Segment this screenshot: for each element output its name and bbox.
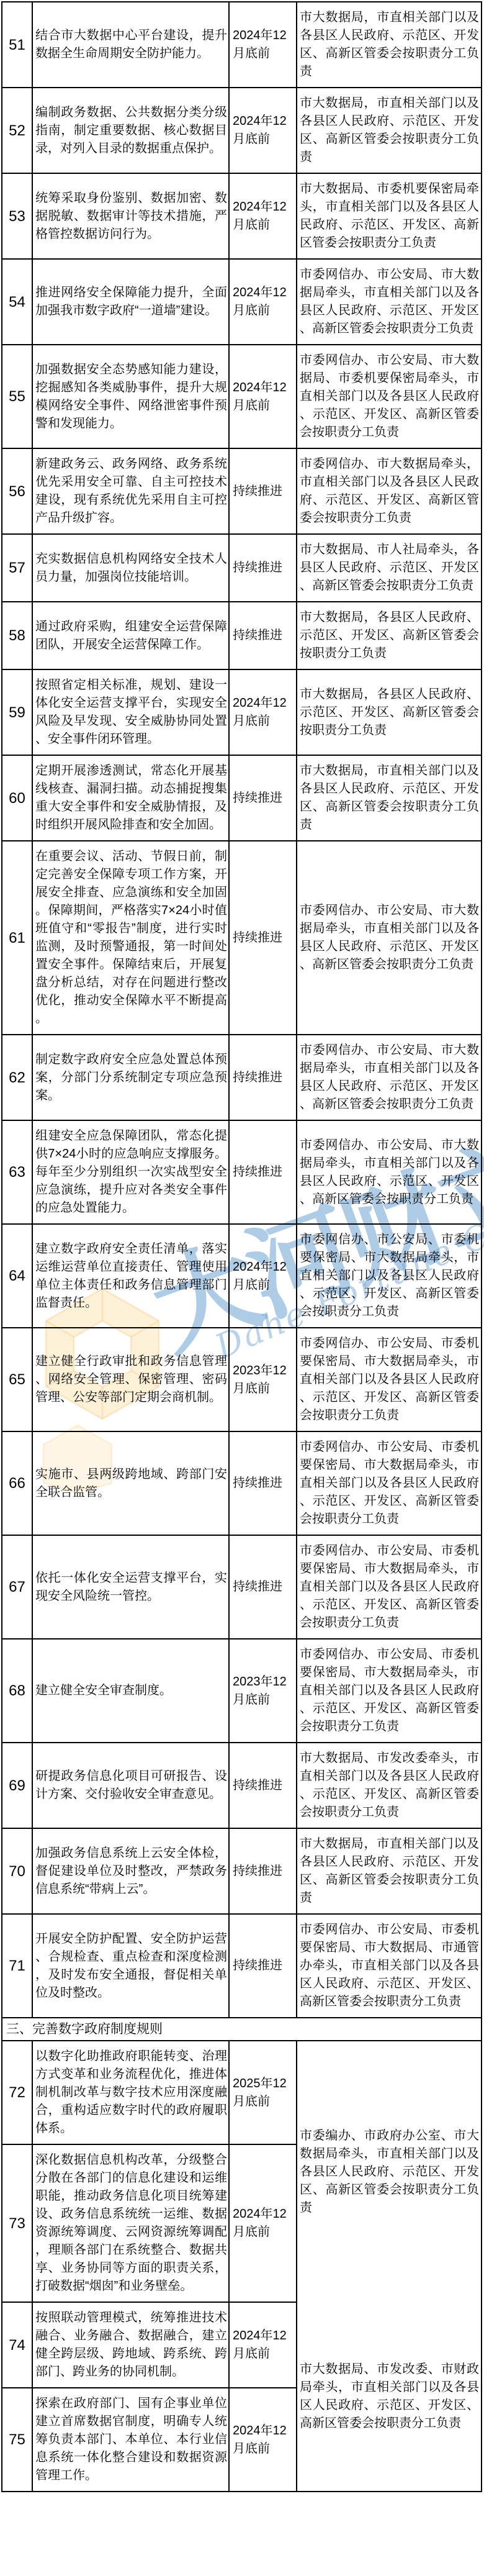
row-number-cell: 69 — [2, 1743, 32, 1828]
deadline-cell: 2025年12月底前 — [229, 2041, 297, 2144]
deadline-cell: 2024年12月底前 — [229, 88, 297, 173]
row-number-cell: 56 — [2, 448, 32, 534]
table-row: 59按照省定相关标准，规划、建设一体化安全运营支撑平台，实现安全风险及早发现、安… — [2, 669, 482, 755]
deadline-cell: 持续推进 — [229, 755, 297, 841]
responsibility-cell: 市委网信办、市公安局、市委机要保密局、市大数据局牵头，市直相关部门以及各县区人民… — [297, 1224, 482, 1328]
deadline-cell: 持续推进 — [229, 448, 297, 534]
table-row: 56新建政务云、政务网络、政务系统优先采用安全可靠、自主可控技术建设，现有系统优… — [2, 448, 482, 534]
task-cell: 实施市、县两级跨地域、跨部门安全联合监管。 — [32, 1431, 229, 1535]
responsibility-cell: 市委网信办、市公安局、市大数据局牵头，市直相关部门以及各县区人民政府、示范区、开… — [297, 1035, 482, 1120]
table-row: 58通过政府采购，组建安全运营保障团队，开展安全运营保障工作。持续推进市大数据局… — [2, 602, 482, 669]
row-number-cell: 70 — [2, 1828, 32, 1914]
row-number-cell: 71 — [2, 1914, 32, 2018]
table-row: 72以数字化助推政府职能转变、治理方式变革和业务流程优化，推进体制机制改革与数字… — [2, 2041, 482, 2144]
deadline-cell: 持续推进 — [229, 1431, 297, 1535]
row-number-cell: 58 — [2, 602, 32, 669]
responsibility-cell: 市大数据局，市直相关部门以及各县区人民政府、示范区、开发区、高新区管委会按职责分… — [297, 1828, 482, 1914]
row-number-cell: 52 — [2, 88, 32, 173]
table-row: 64建立数字政府安全责任清单，落实运维运营单位直接责任、管理使用单位主体责任和政… — [2, 1224, 482, 1328]
table-row: 65建立健全行政审批和政务信息管理、网络安全管理、保密管理、密码管理、公安等部门… — [2, 1328, 482, 1431]
task-cell: 在重要会议、活动、节假日前，制定完善安全保障专项工作方案，开展安全排查、应急演练… — [32, 841, 229, 1035]
row-number-cell: 72 — [2, 2041, 32, 2144]
responsibility-cell: 市委网信办、市公安局、市大数据局牵头，市直相关部门以及各县区人民政府、示范区、开… — [297, 1120, 482, 1224]
row-number-cell: 61 — [2, 841, 32, 1035]
task-cell: 定期开展渗透测试，常态化开展基线核查、漏洞扫描。动态捕捉搜集重大安全事件和安全威… — [32, 755, 229, 841]
deadline-cell: 2024年12月底前 — [229, 259, 297, 345]
responsibility-cell: 市委网信办、市公安局、市委机要保密局、市大数据局、市通管办牵头，市直相关部门以及… — [297, 1914, 482, 2018]
task-cell: 新建政务云、政务网络、政务系统优先采用安全可靠、自主可控技术建设，现有系统优先采… — [32, 448, 229, 534]
table-row: 53统筹采取身份鉴别、数据加密、数据脱敏、数据审计等技术措施，严格管控数据访问行… — [2, 173, 482, 259]
document-page: 51结合市大数据中心平台建设，提升数据全生命周期安全防护能力。2024年12月底… — [0, 0, 484, 2576]
deadline-cell: 2024年12月底前 — [229, 2144, 297, 2302]
responsibility-cell: 市委网信办、市公安局、市大数据局牵头，市直相关部门以及各县区人民政府、示范区、开… — [297, 259, 482, 345]
deadline-cell: 持续推进 — [229, 1120, 297, 1224]
table-row: 51结合市大数据中心平台建设，提升数据全生命周期安全防护能力。2024年12月底… — [2, 2, 482, 88]
responsibility-cell: 市大数据局，各县区人民政府、示范区、开发区、高新区管委会按职责分工负责 — [297, 602, 482, 669]
task-cell: 加强政务信息系统上云安全体检，督促建设单位及时整改，严禁政务信息系统“带病上云”… — [32, 1828, 229, 1914]
deadline-cell: 持续推进 — [229, 841, 297, 1035]
deadline-cell: 持续推进 — [229, 1914, 297, 2018]
table-row: 62制定数字政府安全应急处置总体预案，分部门分系统制定专项应急预案。持续推进市委… — [2, 1035, 482, 1120]
deadline-cell: 持续推进 — [229, 1828, 297, 1914]
responsibility-cell: 市委网信办、市公安局、市委机要保密局、市大数据局牵头，市直相关部门以及各县区人民… — [297, 1328, 482, 1431]
deadline-cell: 2024年12月底前 — [229, 2302, 297, 2388]
table-row: 52编制政务数据、公共数据分类分级指南，制定重要数据、核心数据目录，对列入目录的… — [2, 88, 482, 173]
deadline-cell: 持续推进 — [229, 1535, 297, 1639]
row-number-cell: 73 — [2, 2144, 32, 2302]
responsibility-cell: 市大数据局，市直相关部门以及各县区人民政府、示范区、开发区、高新区管委会按职责分… — [297, 755, 482, 841]
responsibility-cell: 市大数据局，市直相关部门以及各县区人民政府、示范区、开发区、高新区管委会按职责分… — [297, 88, 482, 173]
responsibility-cell: 市委网信办、市公安局、市委机要保密局、市大数据局牵头，市直相关部门以及各县区人民… — [297, 1639, 482, 1743]
task-cell: 以数字化助推政府职能转变、治理方式变革和业务流程优化，推进体制机制改革与数字技术… — [32, 2041, 229, 2144]
task-cell: 结合市大数据中心平台建设，提升数据全生命周期安全防护能力。 — [32, 2, 229, 88]
table-row: 55加强数据安全态势感知能力建设，挖掘感知各类威胁事件，提升大规模网络安全事件、… — [2, 345, 482, 448]
responsibility-cell: 市大数据局、市发改委牵头，市直相关部门以及各县区人民政府、示范区、开发区、高新区… — [297, 1743, 482, 1828]
task-cell: 充实数据信息机构网络安全技术人员力量，加强岗位技能培训。 — [32, 534, 229, 602]
row-number-cell: 62 — [2, 1035, 32, 1120]
deadline-cell: 2024年12月底前 — [229, 2388, 297, 2492]
row-number-cell: 75 — [2, 2388, 32, 2492]
responsibility-cell: 市委网信办、市公安局、市大数据局牵头，市直相关部门以及各县区人民政府、示范区、开… — [297, 841, 482, 1035]
responsibility-cell: 市委网信办、市大数据局牵头，市直相关部门以及各县区人民政府、示范区、开发区、高新… — [297, 448, 482, 534]
section-title: 三、完善数字政府制度规则 — [2, 2018, 482, 2041]
deadline-cell: 2024年12月底前 — [229, 173, 297, 259]
table-row: 60定期开展渗透测试，常态化开展基线核查、漏洞扫描。动态捕捉搜集重大安全事件和安… — [2, 755, 482, 841]
row-number-cell: 59 — [2, 669, 32, 755]
responsibility-cell: 市大数据局，各县区人民政府、示范区、开发区、高新区管委会按职责分工负责 — [297, 669, 482, 755]
row-number-cell: 57 — [2, 534, 32, 602]
table-row: 61在重要会议、活动、节假日前，制定完善安全保障专项工作方案，开展安全排查、应急… — [2, 841, 482, 1035]
responsibility-cell: 市大数据局，市直相关部门以及各县区人民政府、示范区、开发区、高新区管委会按职责分… — [297, 2, 482, 88]
task-cell: 按照省定相关标准，规划、建设一体化安全运营支撑平台，实现安全风险及早发现、安全威… — [32, 669, 229, 755]
section-row: 三、完善数字政府制度规则 — [2, 2018, 482, 2041]
deadline-cell: 2023年12月底前 — [229, 1328, 297, 1431]
row-number-cell: 53 — [2, 173, 32, 259]
deadline-cell: 2024年12月底前 — [229, 669, 297, 755]
deadline-cell: 2023年12月底前 — [229, 1639, 297, 1743]
task-cell: 建立数字政府安全责任清单，落实运维运营单位直接责任、管理使用单位主体责任和政务信… — [32, 1224, 229, 1328]
row-number-cell: 65 — [2, 1328, 32, 1431]
task-cell: 统筹采取身份鉴别、数据加密、数据脱敏、数据审计等技术措施，严格管控数据访问行为。 — [32, 173, 229, 259]
responsibility-cell: 市委网信办、市公安局、市大数据局、市委机要保密局牵头，市直相关部门以及各县区人民… — [297, 345, 482, 448]
task-cell: 依托一体化安全运营支撑平台，实现安全风险统一管控。 — [32, 1535, 229, 1639]
task-cell: 通过政府采购，组建安全运营保障团队，开展安全运营保障工作。 — [32, 602, 229, 669]
row-number-cell: 60 — [2, 755, 32, 841]
task-cell: 组建安全应急保障团队，常态化提供7×24小时的应急响应支撑服务。每年至少分别组织… — [32, 1120, 229, 1224]
table-row: 63组建安全应急保障团队，常态化提供7×24小时的应急响应支撑服务。每年至少分别… — [2, 1120, 482, 1224]
responsibility-cell: 市大数据局、市委机要保密局牵头，市直相关部门以及各县区人民政府、示范区、开发区、… — [297, 173, 482, 259]
action-plan-table: 51结合市大数据中心平台建设，提升数据全生命周期安全防护能力。2024年12月底… — [1, 1, 482, 2492]
row-number-cell: 55 — [2, 345, 32, 448]
task-cell: 深化数据信息机构改革，分级整合分散在各部门的信息化建设和运维职能，推动政务信息化… — [32, 2144, 229, 2302]
deadline-cell: 持续推进 — [229, 1035, 297, 1120]
table-row: 57充实数据信息机构网络安全技术人员力量，加强岗位技能培训。持续推进市大数据局、… — [2, 534, 482, 602]
table-row: 70加强政务信息系统上云安全体检，督促建设单位及时整改，严禁政务信息系统“带病上… — [2, 1828, 482, 1914]
table-row: 66实施市、县两级跨地域、跨部门安全联合监管。持续推进市委网信办、市公安局、市委… — [2, 1431, 482, 1535]
responsibility-cell: 市委网信办、市公安局、市委机要保密局、市大数据局牵头，市直相关部门以及各县区人民… — [297, 1431, 482, 1535]
row-number-cell: 74 — [2, 2302, 32, 2388]
table-row: 69研提政务信息化项目可研报告、设计方案、交付验收安全审查意见。持续推进市大数据… — [2, 1743, 482, 1828]
row-number-cell: 63 — [2, 1120, 32, 1224]
deadline-cell: 持续推进 — [229, 534, 297, 602]
task-cell: 探索在政府部门、国有企事业单位建立首席数据官制度，明确专人统筹负责本部门、本单位… — [32, 2388, 229, 2492]
table-row: 54推进网络安全保障能力提升，全面加强我市数字政府“一道墙”建设。2024年12… — [2, 259, 482, 345]
responsibility-cell: 市大数据局、市发改委、市财政局牵头，市直相关部门以及各县区人民政府、示范区、开发… — [297, 2302, 482, 2492]
task-cell: 编制政务数据、公共数据分类分级指南，制定重要数据、核心数据目录，对列入目录的数据… — [32, 88, 229, 173]
task-cell: 开展安全防护配置、安全防护运营、合规检查、重点检查和深度检测，及时发布安全通报，… — [32, 1914, 229, 2018]
task-cell: 推进网络安全保障能力提升，全面加强我市数字政府“一道墙”建设。 — [32, 259, 229, 345]
row-number-cell: 67 — [2, 1535, 32, 1639]
row-number-cell: 51 — [2, 2, 32, 88]
deadline-cell: 持续推进 — [229, 1743, 297, 1828]
row-number-cell: 64 — [2, 1224, 32, 1328]
table-row: 67依托一体化安全运营支撑平台，实现安全风险统一管控。持续推进市委网信办、市公安… — [2, 1535, 482, 1639]
deadline-cell: 2024年12月底前 — [229, 2, 297, 88]
responsibility-cell: 市委编办、市政府办公室、市大数据局牵头，市直相关部门以及各县区人民政府、示范区、… — [297, 2041, 482, 2302]
table-body: 51结合市大数据中心平台建设，提升数据全生命周期安全防护能力。2024年12月底… — [2, 2, 482, 2492]
row-number-cell: 54 — [2, 259, 32, 345]
table-row: 68建立健全安全审查制度。2023年12月底前市委网信办、市公安局、市委机要保密… — [2, 1639, 482, 1743]
task-cell: 研提政务信息化项目可研报告、设计方案、交付验收安全审查意见。 — [32, 1743, 229, 1828]
row-number-cell: 68 — [2, 1639, 32, 1743]
task-cell: 建立健全行政审批和政务信息管理、网络安全管理、保密管理、密码管理、公安等部门定期… — [32, 1328, 229, 1431]
deadline-cell: 2024年12月底前 — [229, 1224, 297, 1328]
table-row: 71开展安全防护配置、安全防护运营、合规检查、重点检查和深度检测，及时发布安全通… — [2, 1914, 482, 2018]
responsibility-cell: 市委网信办、市公安局、市委机要保密局、市大数据局牵头，市直相关部门以及各县区人民… — [297, 1535, 482, 1639]
deadline-cell: 持续推进 — [229, 602, 297, 669]
task-cell: 加强数据安全态势感知能力建设，挖掘感知各类威胁事件，提升大规模网络安全事件、网络… — [32, 345, 229, 448]
row-number-cell: 66 — [2, 1431, 32, 1535]
task-cell: 制定数字政府安全应急处置总体预案，分部门分系统制定专项应急预案。 — [32, 1035, 229, 1120]
table-row: 74按照联动管理模式，统筹推进技术融合、业务融合、数据融合，建立健全跨层级、跨地… — [2, 2302, 482, 2388]
responsibility-cell: 市大数据局、市人社局牵头，各县区人民政府、示范区、开发区、高新区管委会按职责分工… — [297, 534, 482, 602]
deadline-cell: 2024年12月底前 — [229, 345, 297, 448]
task-cell: 按照联动管理模式，统筹推进技术融合、业务融合、数据融合，建立健全跨层级、跨地域、… — [32, 2302, 229, 2388]
task-cell: 建立健全安全审查制度。 — [32, 1639, 229, 1743]
